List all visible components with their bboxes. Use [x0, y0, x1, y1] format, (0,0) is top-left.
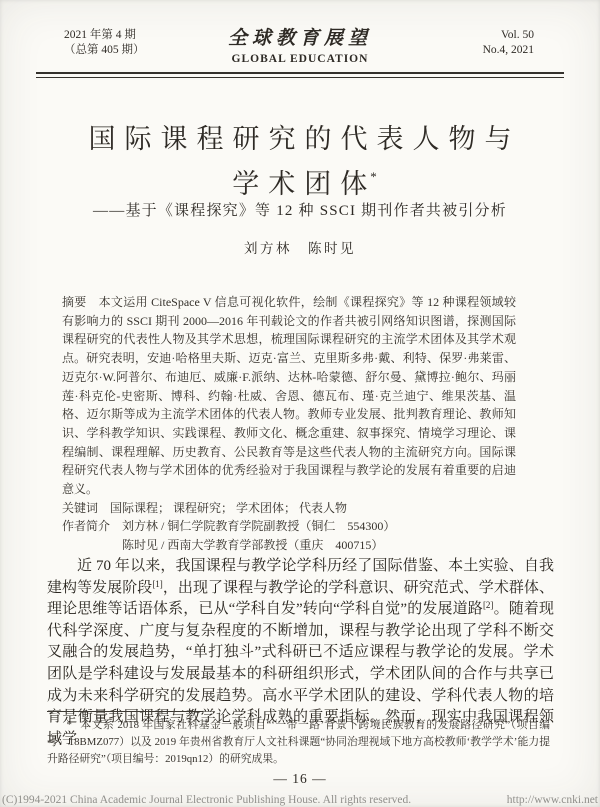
author-bio-2: 陈时见 / 西南大学教育学部教授（重庆 400715） [122, 538, 383, 552]
article-subtitle: ——基于《课程探究》等 12 种 SSCI 期刊作者共被引分析 [0, 199, 600, 220]
article-authors: 刘方林 陈时见 [0, 237, 600, 257]
abstract-label: 摘要 [62, 295, 87, 309]
footnote-divider [47, 711, 203, 712]
issue-number: 2021 年第 4 期 [64, 28, 186, 43]
journal-title-block: 全球教育展望 GLOBAL EDUCATION [186, 28, 414, 65]
header-divider [36, 72, 564, 78]
keywords-text: 国际课程； 课程研究； 学术团体； 代表人物 [110, 501, 347, 515]
abstract-block: 摘要本文运用 CiteSpace V 信息可视化软件，绘制《课程探究》等 12 … [62, 293, 516, 555]
author-bio-1: 刘方林 / 铜仁学院教育学院副教授（铜仁 554300） [122, 519, 395, 533]
citation-ref-2: [2] [483, 600, 494, 610]
number-label: No.4, 2021 [414, 43, 534, 58]
author-bio-line-2: 陈时见 / 西南大学教育学部教授（重庆 400715） [122, 536, 516, 555]
issue-info: 2021 年第 4 期 （总第 405 期） [36, 28, 186, 58]
footnote-marker: * [66, 719, 71, 731]
journal-title-cn: 全球教育展望 [186, 28, 414, 50]
journal-title-en: GLOBAL EDUCATION [186, 53, 414, 65]
volume-label: Vol. 50 [414, 28, 534, 43]
title-line2: 学术团体 [232, 169, 376, 199]
footnote-text: 本文系 2018 年国家社科基金一般项目“‘一带一路’背景下跨境民族教育的发展路… [47, 719, 550, 765]
keywords-line: 关键词国际课程； 课程研究； 学术团体； 代表人物 [62, 499, 516, 518]
copyright-bar: (C)1994-2021 China Academic Journal Elec… [2, 794, 598, 806]
keywords-label: 关键词 [62, 501, 98, 515]
author-bio-label: 作者简介 [62, 519, 110, 533]
citation-ref-1: [1] [152, 579, 163, 589]
copyright-text: (C)1994-2021 China Academic Journal Elec… [2, 794, 411, 806]
abstract-text: 本文运用 CiteSpace V 信息可视化软件，绘制《课程探究》等 12 种课… [62, 295, 516, 496]
volume-info: Vol. 50 No.4, 2021 [414, 28, 564, 58]
footnote-block: *本文系 2018 年国家社科基金一般项目“‘一带一路’背景下跨境民族教育的发展… [47, 711, 550, 767]
issue-total-number: （总第 405 期） [64, 43, 186, 58]
journal-page: 2021 年第 4 期 （总第 405 期） 全球教育展望 GLOBAL EDU… [0, 0, 600, 807]
title-line1: 国际课程研究的代表人物与 [89, 124, 521, 154]
title-footnote-marker: * [370, 169, 377, 184]
author-bio-line-1: 作者简介刘方林 / 铜仁学院教育学院副教授（铜仁 554300） [62, 517, 516, 536]
abstract-paragraph: 摘要本文运用 CiteSpace V 信息可视化软件，绘制《课程探究》等 12 … [62, 293, 516, 499]
article-title: 国际课程研究的代表人物与学术团体* [0, 120, 600, 203]
cnki-url: http://www.cnki.net [507, 794, 598, 806]
journal-header: 2021 年第 4 期 （总第 405 期） 全球教育展望 GLOBAL EDU… [36, 28, 564, 65]
page-number: — 16 — [0, 771, 600, 787]
footnote-text-line: *本文系 2018 年国家社科基金一般项目“‘一带一路’背景下跨境民族教育的发展… [47, 717, 550, 767]
